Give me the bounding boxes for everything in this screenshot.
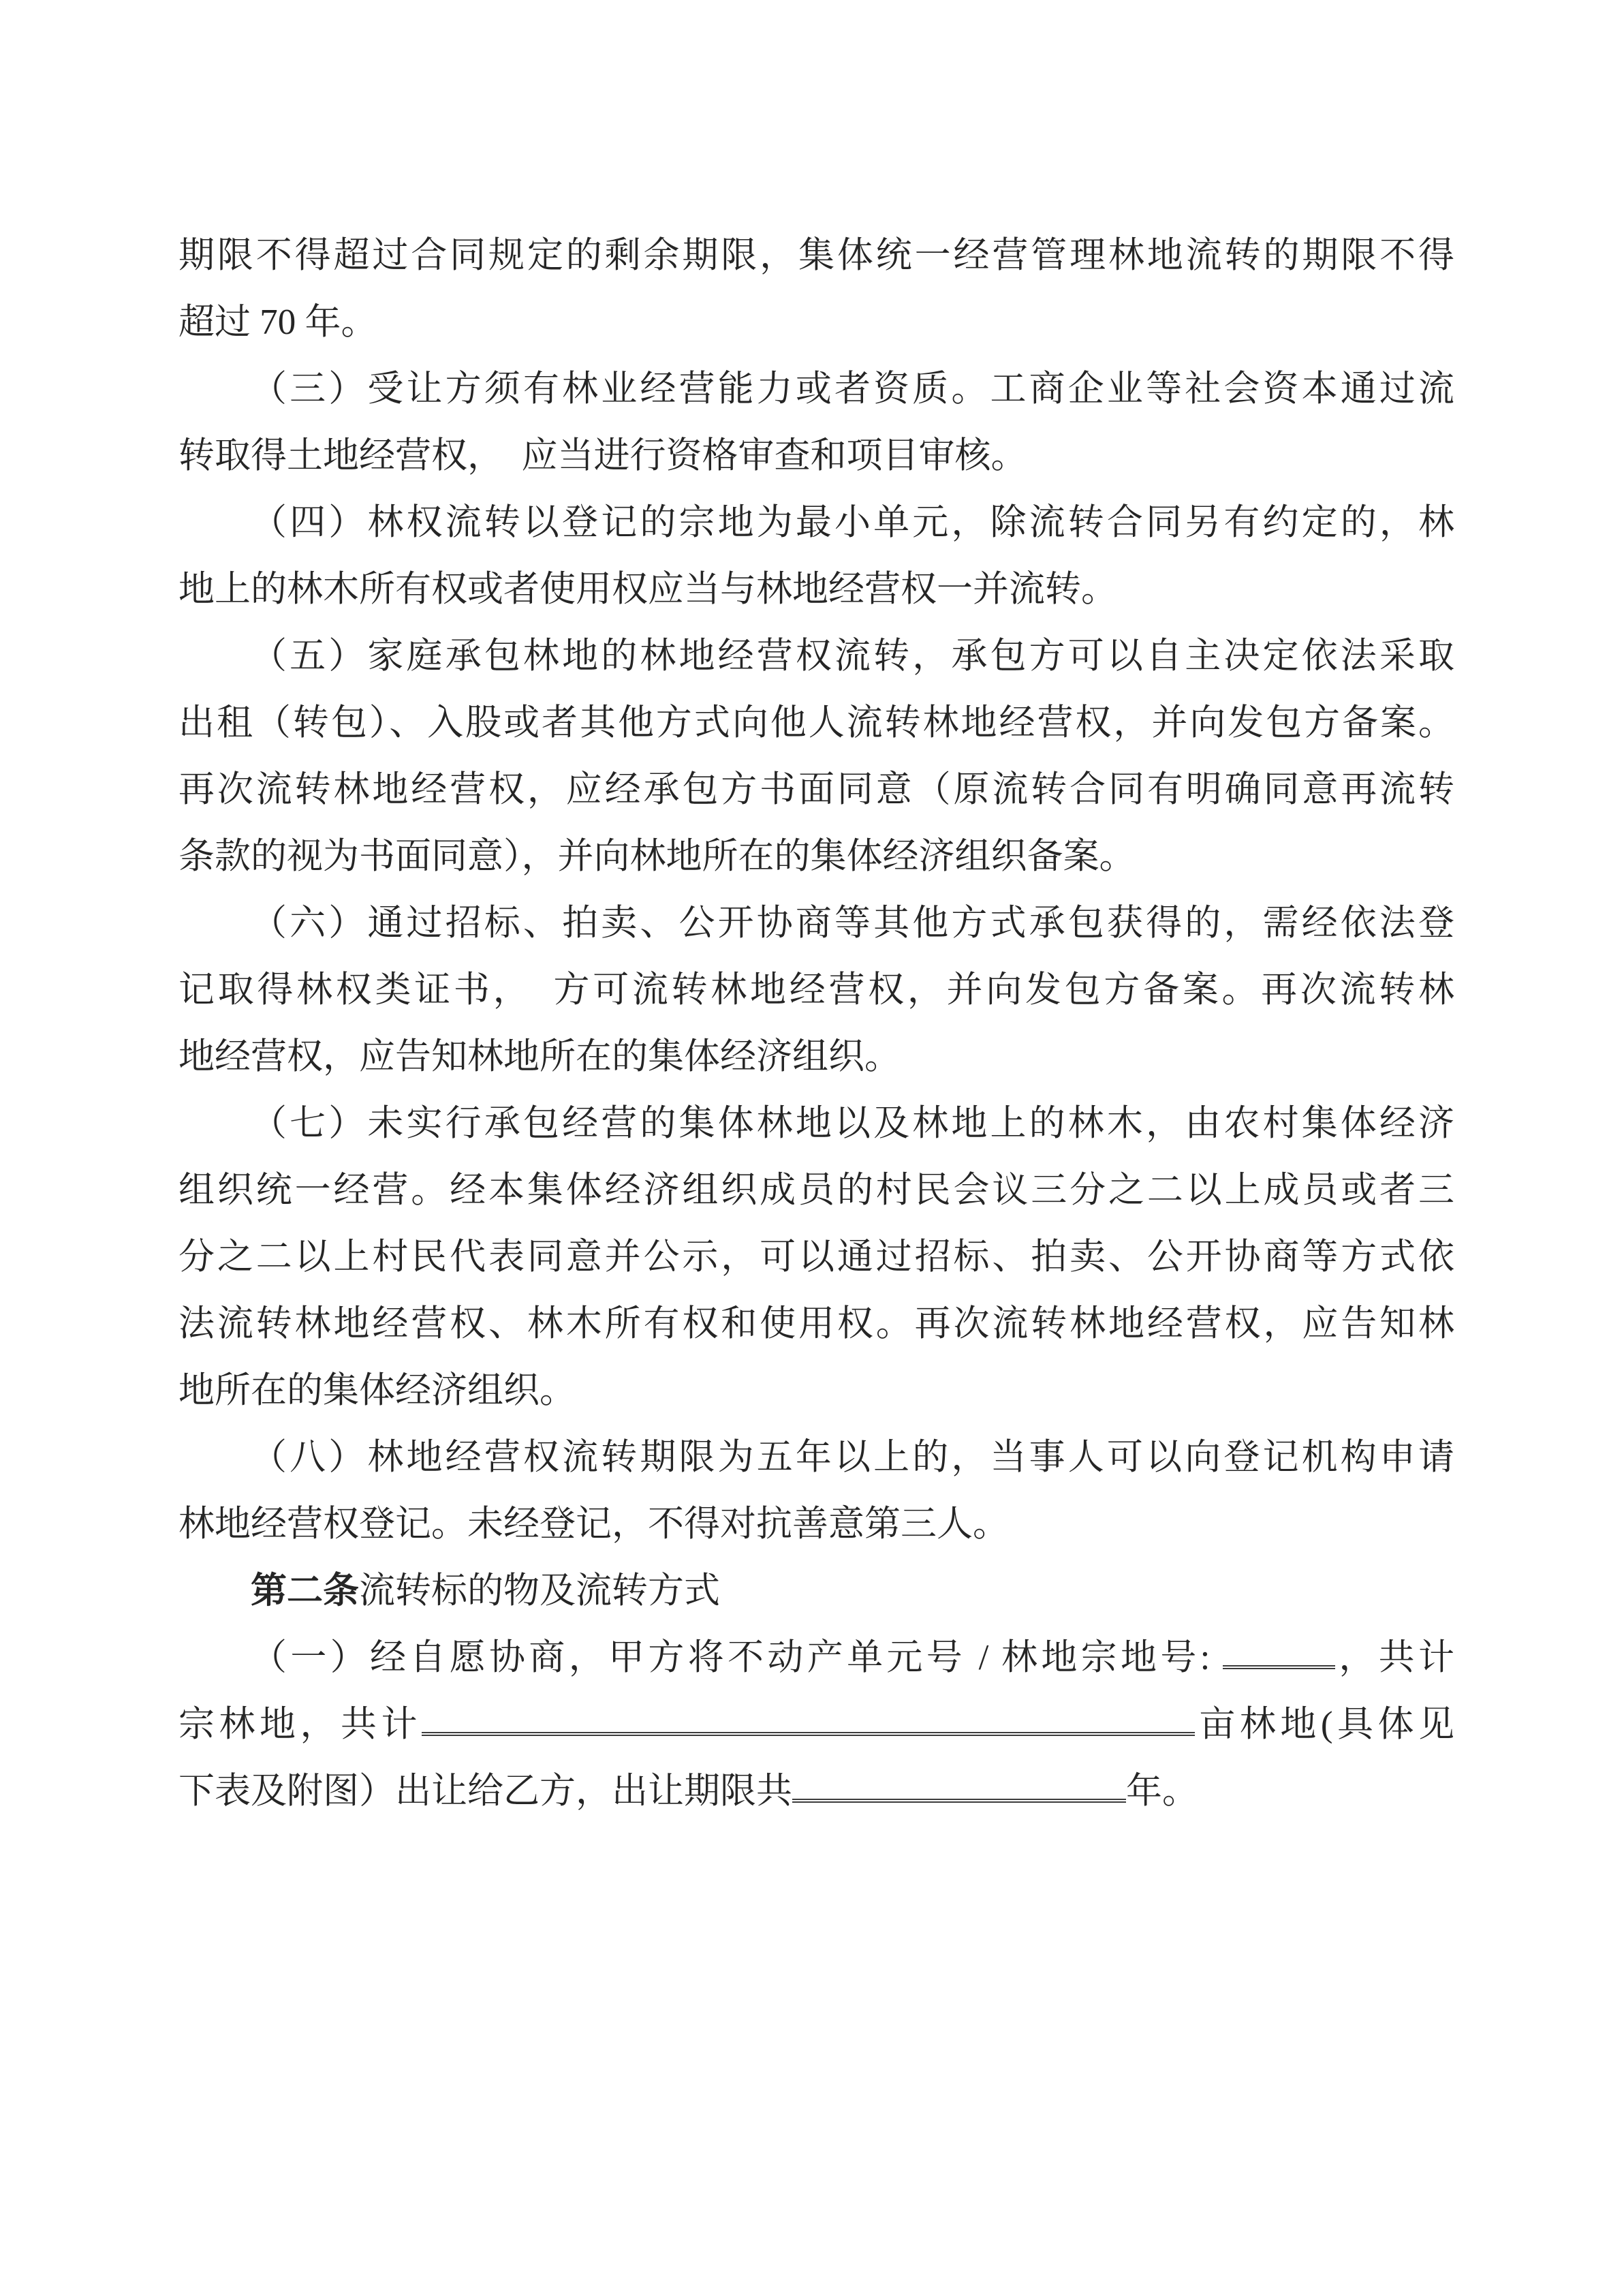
text-run: （七）未实行承包经营的集体林地以及林地上的林木，由农村集体经济 [251,1104,1454,1143]
text-run: 流转标的物及流转方式 [359,1571,720,1611]
text-run: 条款的视为书面同意），并向林地所在的集体经济组织备案。 [178,837,1136,876]
document-line: （七）未实行承包经营的集体林地以及林地上的林木，由农村集体经济 [178,1090,1454,1157]
text-run: 地经营权，应告知林地所在的集体经济组织。 [178,1037,901,1076]
document-line: 地经营权，应告知林地所在的集体经济组织。 [178,1023,1454,1090]
text-run: 亩林地(具体见 [1195,1705,1454,1744]
text-run: （一）经自愿协商，甲方将不动产单元号 / 林地宗地号: [251,1638,1223,1677]
text-run: 年。 [1126,1771,1198,1811]
text-run: 分之二以上村民代表同意并公示，可以通过招标、拍卖、公开协商等方式依 [178,1237,1454,1277]
document-line: （六）通过招标、拍卖、公开协商等其他方式承包获得的，需经依法登 [178,890,1454,957]
document-line: 地所在的集体经济组织。 [178,1357,1454,1424]
text-run: 宗林地，共计 [178,1705,422,1744]
document-line: （一）经自愿协商，甲方将不动产单元号 / 林地宗地号: ，共计 [178,1624,1454,1691]
text-run: ，共计 [1335,1638,1454,1677]
document-line: 林地经营权登记。未经登记，不得对抗善意第三人。 [178,1491,1454,1557]
document-line: （三）受让方须有林业经营能力或者资质。工商企业等社会资本通过流 [178,356,1454,422]
document-line: 组织统一经营。经本集体经济组织成员的村民会议三分之二以上成员或者三 [178,1157,1454,1224]
text-run: 林地经营权登记。未经登记，不得对抗善意第三人。 [178,1504,1009,1544]
article-number-bold: 第二条 [251,1570,359,1611]
text-run: （八）林地经营权流转期限为五年以上的，当事人可以向登记机构申请 [251,1438,1454,1477]
document-line: 超过 70 年。 [178,289,1454,356]
document-line: （五）家庭承包林地的林地经营权流转，承包方可以自主决定依法采取 [178,623,1454,689]
text-run: 再次流转林地经营权，应经承包方书面同意（原流转合同有明确同意再流转 [178,770,1454,809]
text-run: 转取得土地经营权， 应当进行资格审查和项目审核。 [178,436,1027,476]
text-run: （四）林权流转以登记的宗地为最小单元，除流转合同另有约定的，林 [251,503,1454,542]
document-page: 期限不得超过合同规定的剩余期限，集体统一经营管理林地流转的期限不得超过 70 年… [0,0,1624,2294]
text-run: 期限不得超过合同规定的剩余期限，集体统一经营管理林地流转的期限不得 [178,236,1454,275]
text-run: 地所在的集体经济组织。 [178,1371,576,1410]
text-run: 地上的林木所有权或者使用权应当与林地经营权一并流转。 [178,570,1117,609]
blank-underline [1223,1658,1335,1669]
document-line: 法流转林地经营权、林木所有权和使用权。再次流转林地经营权，应告知林 [178,1290,1454,1357]
text-run: 下表及附图）出让给乙方，出让期限共 [178,1771,792,1811]
document-line: 记取得林权类证书， 方可流转林地经营权，并向发包方备案。再次流转林 [178,957,1454,1023]
document-line: （八）林地经营权流转期限为五年以上的，当事人可以向登记机构申请 [178,1424,1454,1491]
document-line: 地上的林木所有权或者使用权应当与林地经营权一并流转。 [178,556,1454,623]
document-line: 期限不得超过合同规定的剩余期限，集体统一经营管理林地流转的期限不得 [178,222,1454,289]
document-line: 下表及附图）出让给乙方，出让期限共年。 [178,1758,1454,1825]
document-line: 再次流转林地经营权，应经承包方书面同意（原流转合同有明确同意再流转 [178,756,1454,823]
text-run: （三）受让方须有林业经营能力或者资质。工商企业等社会资本通过流 [251,369,1454,409]
document-line: （四）林权流转以登记的宗地为最小单元，除流转合同另有约定的，林 [178,489,1454,556]
document-line: 宗林地，共计亩林地(具体见 [178,1691,1454,1758]
text-run: （五）家庭承包林地的林地经营权流转，承包方可以自主决定依法采取 [251,636,1454,676]
document-body: 期限不得超过合同规定的剩余期限，集体统一经营管理林地流转的期限不得超过 70 年… [178,222,1454,1825]
text-run: （六）通过招标、拍卖、公开协商等其他方式承包获得的，需经依法登 [251,903,1454,943]
blank-underline [422,1725,1195,1736]
document-line: 分之二以上村民代表同意并公示，可以通过招标、拍卖、公开协商等方式依 [178,1224,1454,1290]
document-line: 第二条流转标的物及流转方式 [178,1557,1454,1624]
document-line: 转取得土地经营权， 应当进行资格审查和项目审核。 [178,422,1454,489]
text-run: 法流转林地经营权、林木所有权和使用权。再次流转林地经营权，应告知林 [178,1304,1454,1344]
text-run: 记取得林权类证书， 方可流转林地经营权，并向发包方备案。再次流转林 [178,970,1454,1010]
blank-underline [792,1792,1126,1803]
text-run: 组织统一经营。经本集体经济组织成员的村民会议三分之二以上成员或者三 [178,1171,1454,1210]
document-line: 出租（转包）、入股或者其他方式向他人流转林地经营权，并向发包方备案。 [178,689,1454,756]
text-run: 超过 70 年。 [178,303,377,342]
document-line: 条款的视为书面同意），并向林地所在的集体经济组织备案。 [178,823,1454,890]
text-run: 出租（转包）、入股或者其他方式向他人流转林地经营权，并向发包方备案。 [178,703,1454,743]
